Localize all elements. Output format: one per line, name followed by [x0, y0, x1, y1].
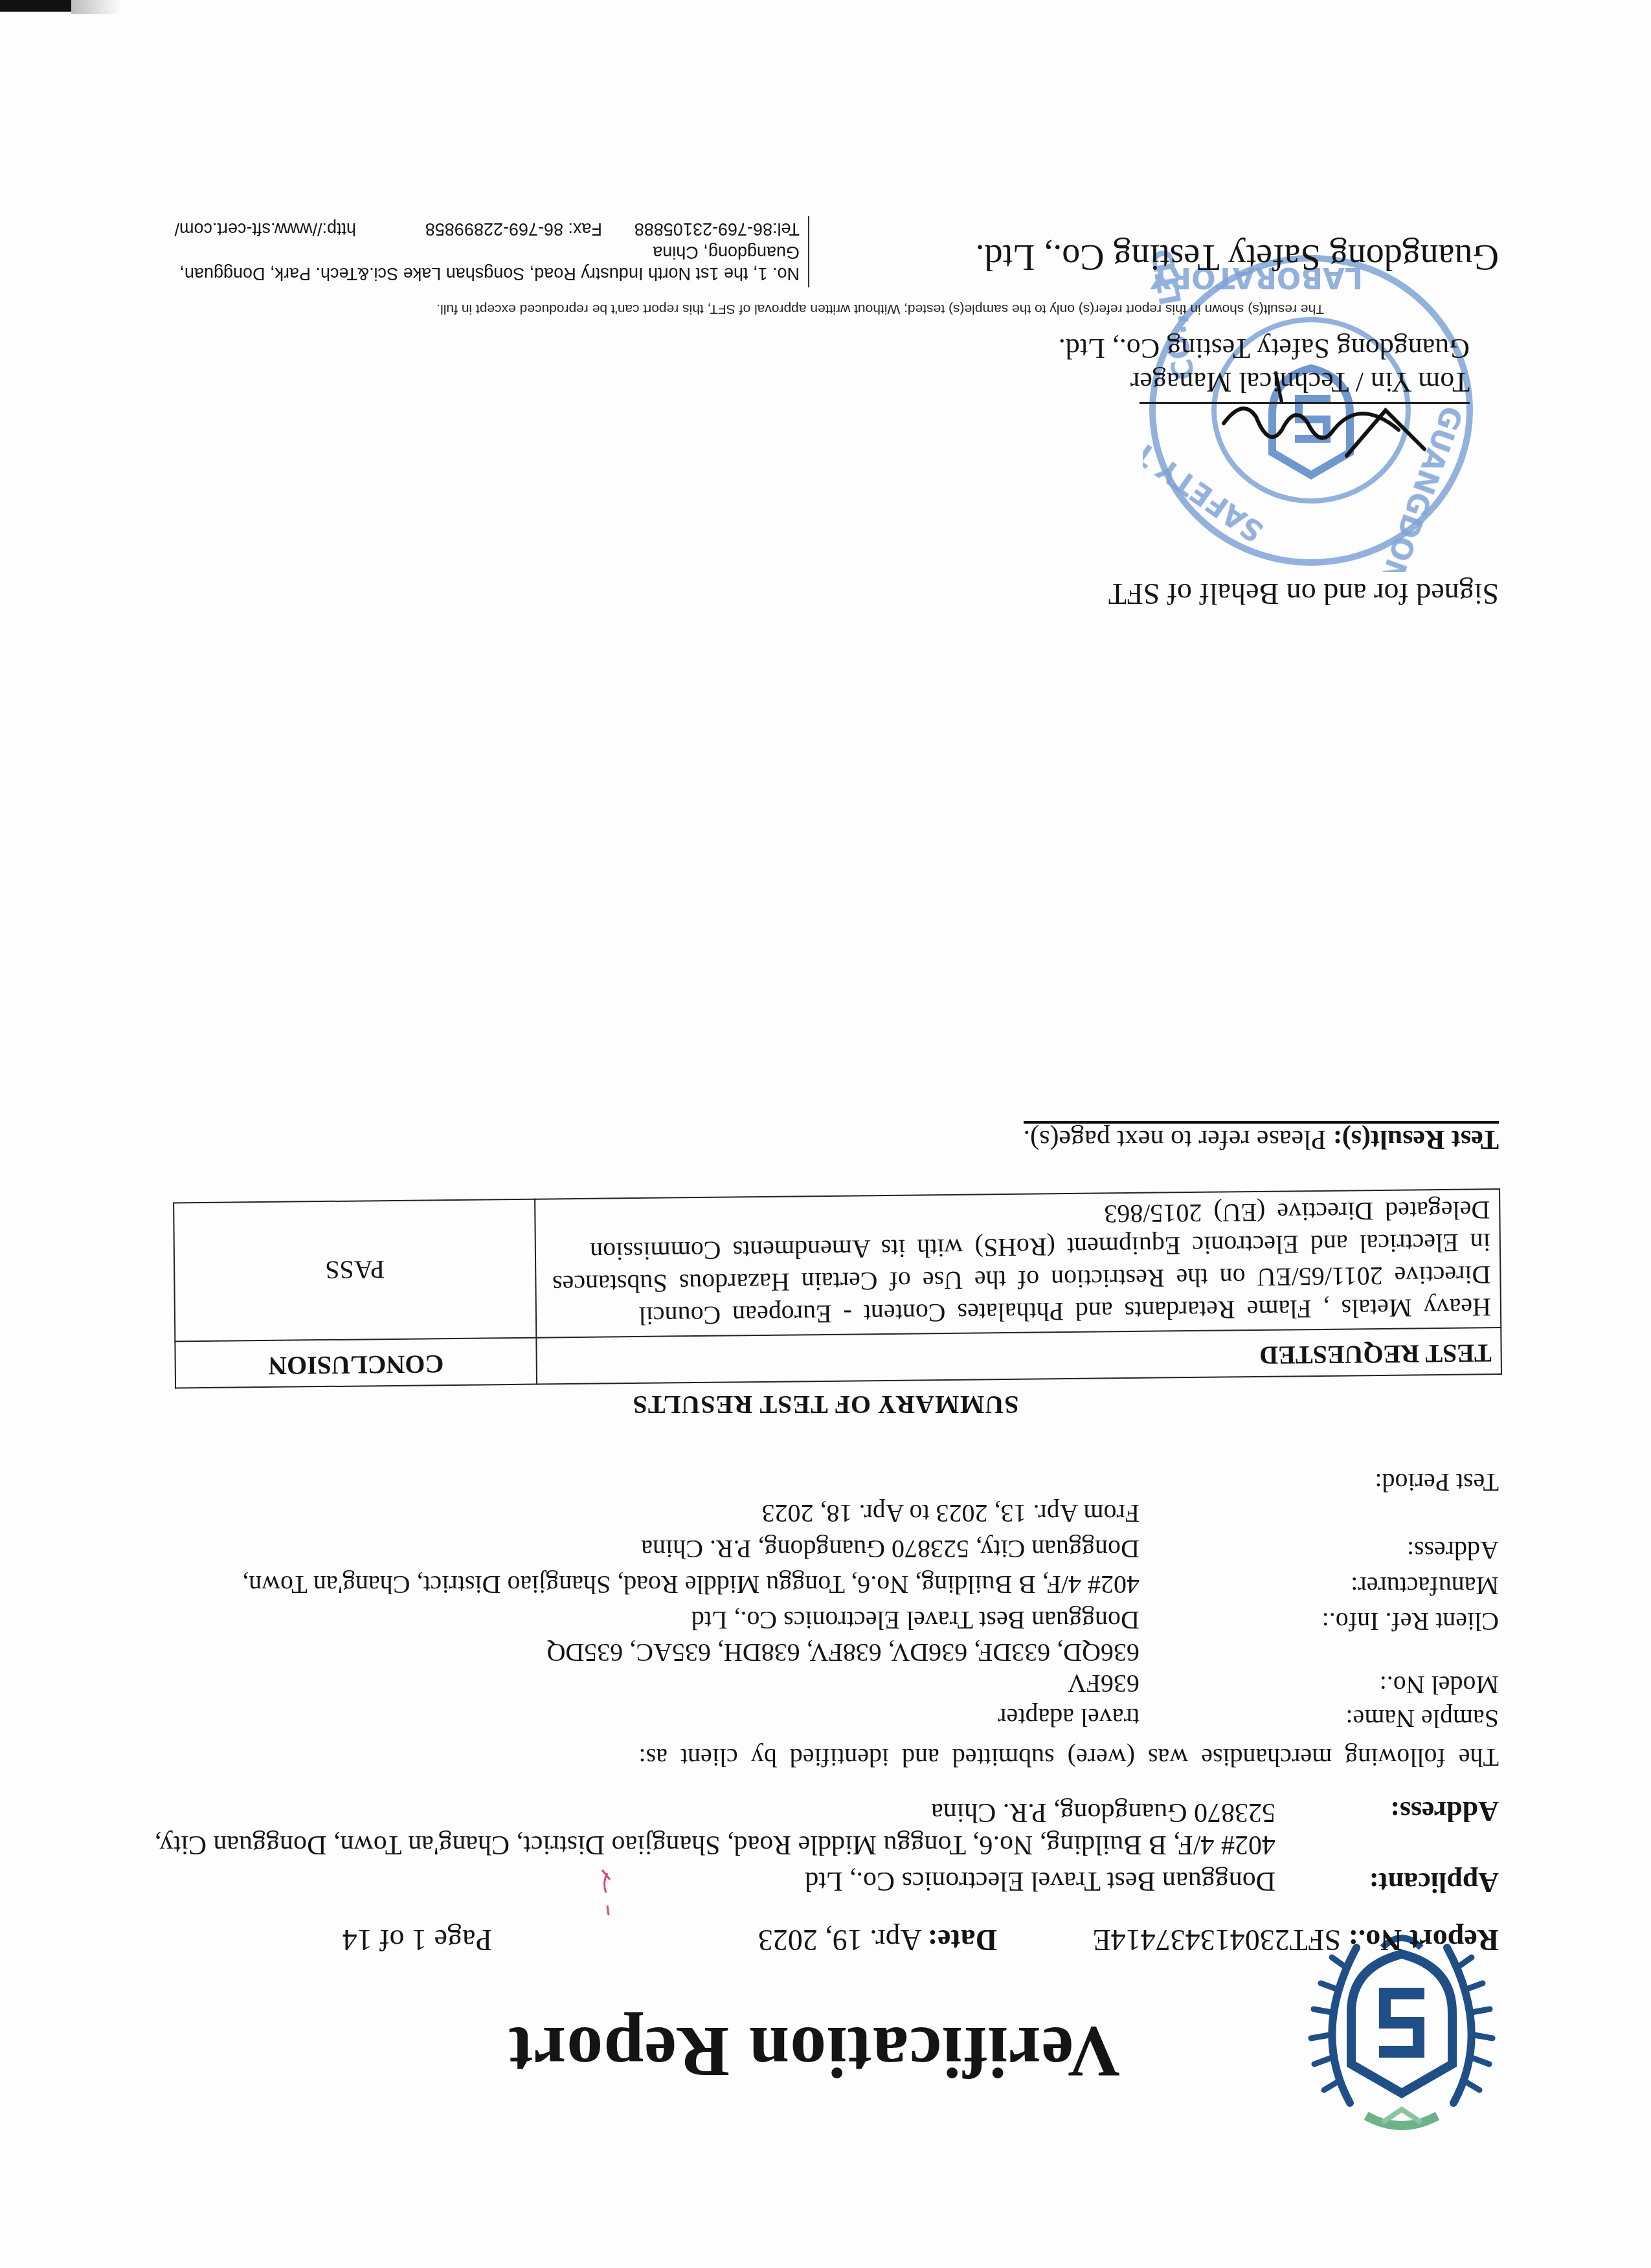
test-results-text: Please refer to next page(s). — [1024, 1124, 1327, 1154]
summary-table: TEST REQUESTED CONCLUSION Heavy Metals ,… — [173, 1188, 1502, 1388]
sample-name-label: Sample Name: — [1345, 1704, 1499, 1734]
report-number-value: SFT230413437414E — [1093, 1924, 1341, 1957]
signed-for-label: Signed for and on Behalf of SFT — [1108, 577, 1499, 611]
sample-intro: The following merchandise was (were) sub… — [638, 1742, 1499, 1773]
test-requested-cell: Heavy Metals , Flame Retardants and Phth… — [535, 1189, 1501, 1338]
applicant-value: Dongguan Best Travel Electronics Co., Lt… — [155, 1827, 1275, 1899]
applicant-address-line1: 402# 4/F, B Building, No.6, Tonggu Middl… — [155, 1827, 1275, 1863]
model-no-value: 636FV — [1068, 1667, 1140, 1700]
model-no-label: Model No.: — [1380, 1670, 1499, 1700]
test-results-underline: Test Result(s): Please refer to next pag… — [1024, 1121, 1499, 1155]
table-row: Heavy Metals , Flame Retardants and Phth… — [174, 1189, 1501, 1341]
test-period-label: Test Period: — [1375, 1467, 1499, 1498]
report-number: Report No.: SFT230413437414E — [1093, 1923, 1499, 1957]
sample-name-value: travel adapter — [998, 1700, 1140, 1734]
report-date-label: Date: — [928, 1924, 997, 1957]
footer-fax: Fax: 86-769-22899858 — [425, 219, 602, 239]
applicant-address-label: Address: — [1390, 1795, 1499, 1828]
manufacturer-value: 402# 4/F, B Building, No.6, Tonggu Middl… — [242, 1568, 1140, 1601]
report-title: Verification Report — [508, 2010, 1120, 2093]
page-number: Page 1 of 14 — [343, 1923, 492, 1957]
signature-line — [1140, 402, 1470, 404]
footer-company: Guangdong Safety Testing Co., Ltd. — [975, 236, 1499, 278]
footer-address: No. 1, the 1st North Industry Road, Song… — [179, 241, 800, 284]
signer-name: Tom Yin / Technical Manager — [1130, 366, 1470, 399]
report-page: Verification Report Report No.: SFT23041… — [0, 0, 1651, 2268]
report-date-value: Apr. 19, 2023 — [758, 1924, 922, 1957]
report-date: Date: Apr. 19, 2023 — [758, 1923, 997, 1957]
manufacturer-address-label: Address: — [1407, 1535, 1499, 1566]
client-ref-label: Client Ref. Info.: — [1322, 1606, 1499, 1637]
footer-tel: Tel:86-769-23105888 — [635, 219, 800, 239]
footer-address-line2: Guangdong, China — [179, 241, 800, 263]
manufacturer-label: Manufacturer: — [1351, 1571, 1499, 1601]
applicant-label: Applicant: — [1369, 1866, 1499, 1899]
client-ref-value: Dongguan Best Travel Electronics Co., Lt… — [691, 1603, 1140, 1637]
summary-title: SUMMARY OF TEST RESULTS — [0, 1390, 1651, 1420]
footer-disclaimer: The result(s) shown in this report refer… — [436, 301, 1324, 317]
col-conclusion: CONCLUSION — [175, 1338, 537, 1388]
report-number-label: Report No.: — [1349, 1924, 1499, 1957]
footer-website-link[interactable]: http://www.sft-cert.com/ — [174, 219, 356, 239]
applicant-name: Dongguan Best Travel Electronics Co., Lt… — [155, 1863, 1275, 1899]
test-results-label: Test Result(s): — [1333, 1124, 1499, 1154]
scan-artifact-edge — [0, 0, 71, 12]
conclusion-cell: PASS — [174, 1199, 536, 1342]
footer-divider — [808, 216, 809, 287]
manufacturer-address-value: Dongguan City, 523870 Guangdong, P.R. Ch… — [641, 1532, 1140, 1566]
test-results-note: Test Result(s): Please refer to next pag… — [1024, 1121, 1499, 1155]
applicant-address-line2: 523870 Guangdong, P.R. China — [931, 1797, 1275, 1828]
signer-company: Guangdong Safety Testing Co., Ltd. — [1059, 332, 1470, 365]
scan-artifact-shade — [71, 0, 123, 14]
model-no-extra: 636QD, 633DF, 636DV, 638FV, 638DH, 635AC… — [547, 1636, 1140, 1669]
footer-address-line1: No. 1, the 1st North Industry Road, Song… — [179, 263, 800, 284]
test-period-value: From Apr. 13, 2023 to Apr. 18, 2023 — [762, 1496, 1140, 1530]
